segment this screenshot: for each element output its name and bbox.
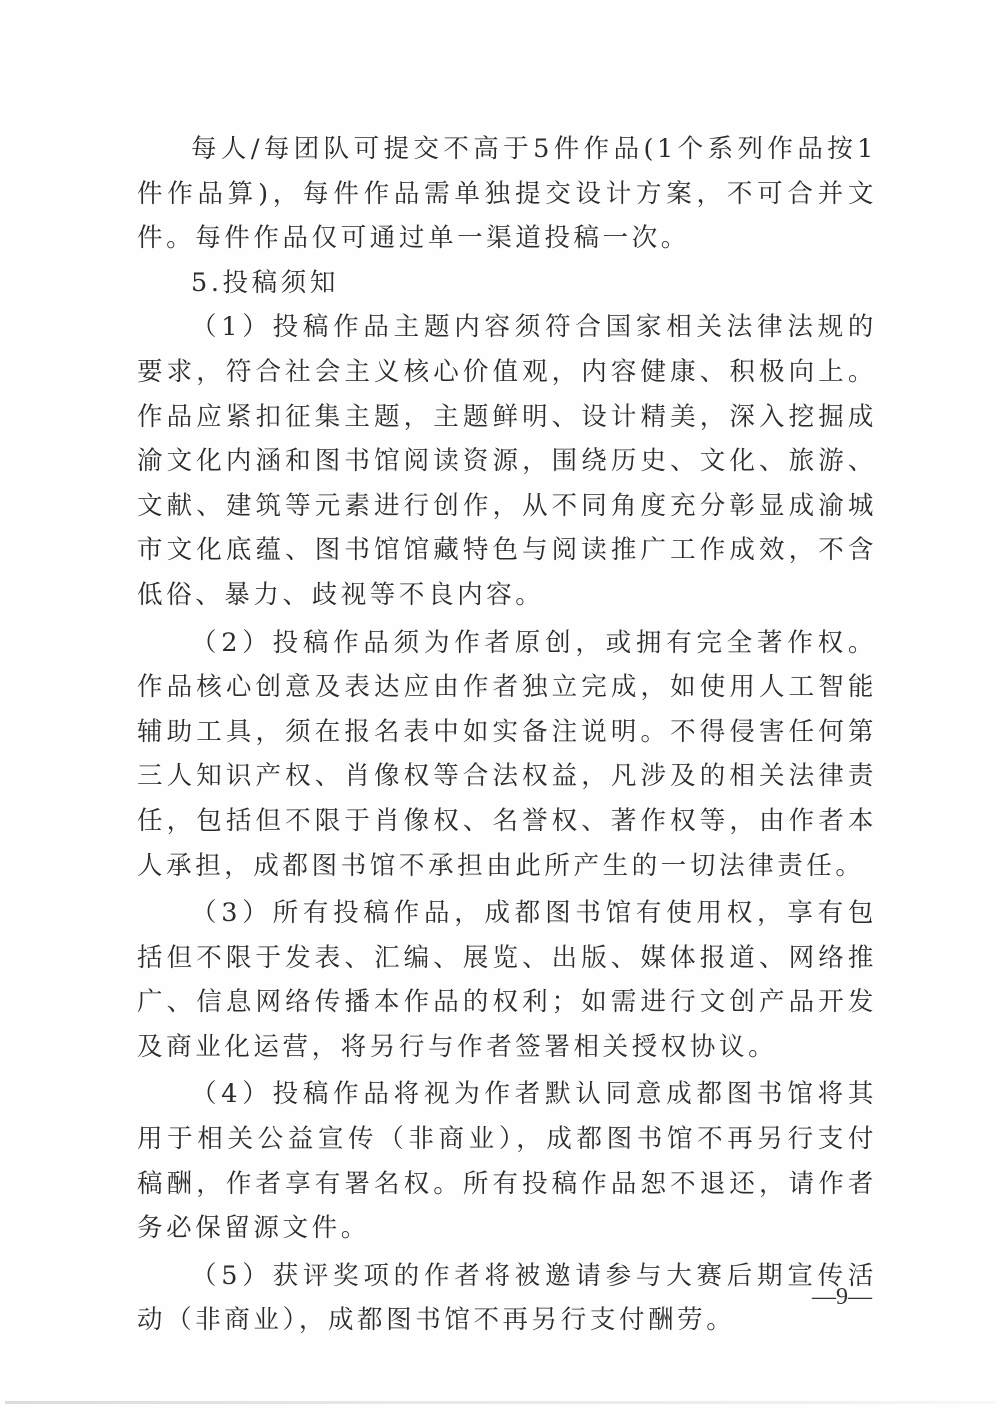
scan-edge-line (5, 1401, 995, 1404)
page-number: —9— (812, 1284, 872, 1311)
paragraph-notice-4: （4）投稿作品将视为作者默认同意成都图书馆将其用于相关公益宣传（非商业），成都图… (137, 1072, 877, 1250)
section-heading-submission-notice: 5.投稿须知 (137, 261, 877, 306)
paragraph-notice-5: （5）获评奖项的作者将被邀请参与大赛后期宣传活动（非商业），成都图书馆不再另行支… (137, 1254, 877, 1343)
paragraph-submission-limit: 每人/每团队可提交不高于5件作品(1个系列作品按1件作品算)，每件作品需单独提交… (137, 127, 877, 261)
paragraph-notice-3: （3）所有投稿作品，成都图书馆有使用权，享有包括但不限于发表、汇编、展览、出版、… (137, 891, 877, 1069)
document-page: 每人/每团队可提交不高于5件作品(1个系列作品按1件作品算)，每件作品需单独提交… (0, 0, 1000, 1415)
paragraph-notice-1: （1）投稿作品主题内容须符合国家相关法律法规的要求，符合社会主义核心价值观，内容… (137, 305, 877, 617)
document-body: 每人/每团队可提交不高于5件作品(1个系列作品按1件作品算)，每件作品需单独提交… (137, 127, 877, 1343)
paragraph-notice-2: （2）投稿作品须为作者原创，或拥有完全著作权。作品核心创意及表达应由作者独立完成… (137, 621, 877, 889)
